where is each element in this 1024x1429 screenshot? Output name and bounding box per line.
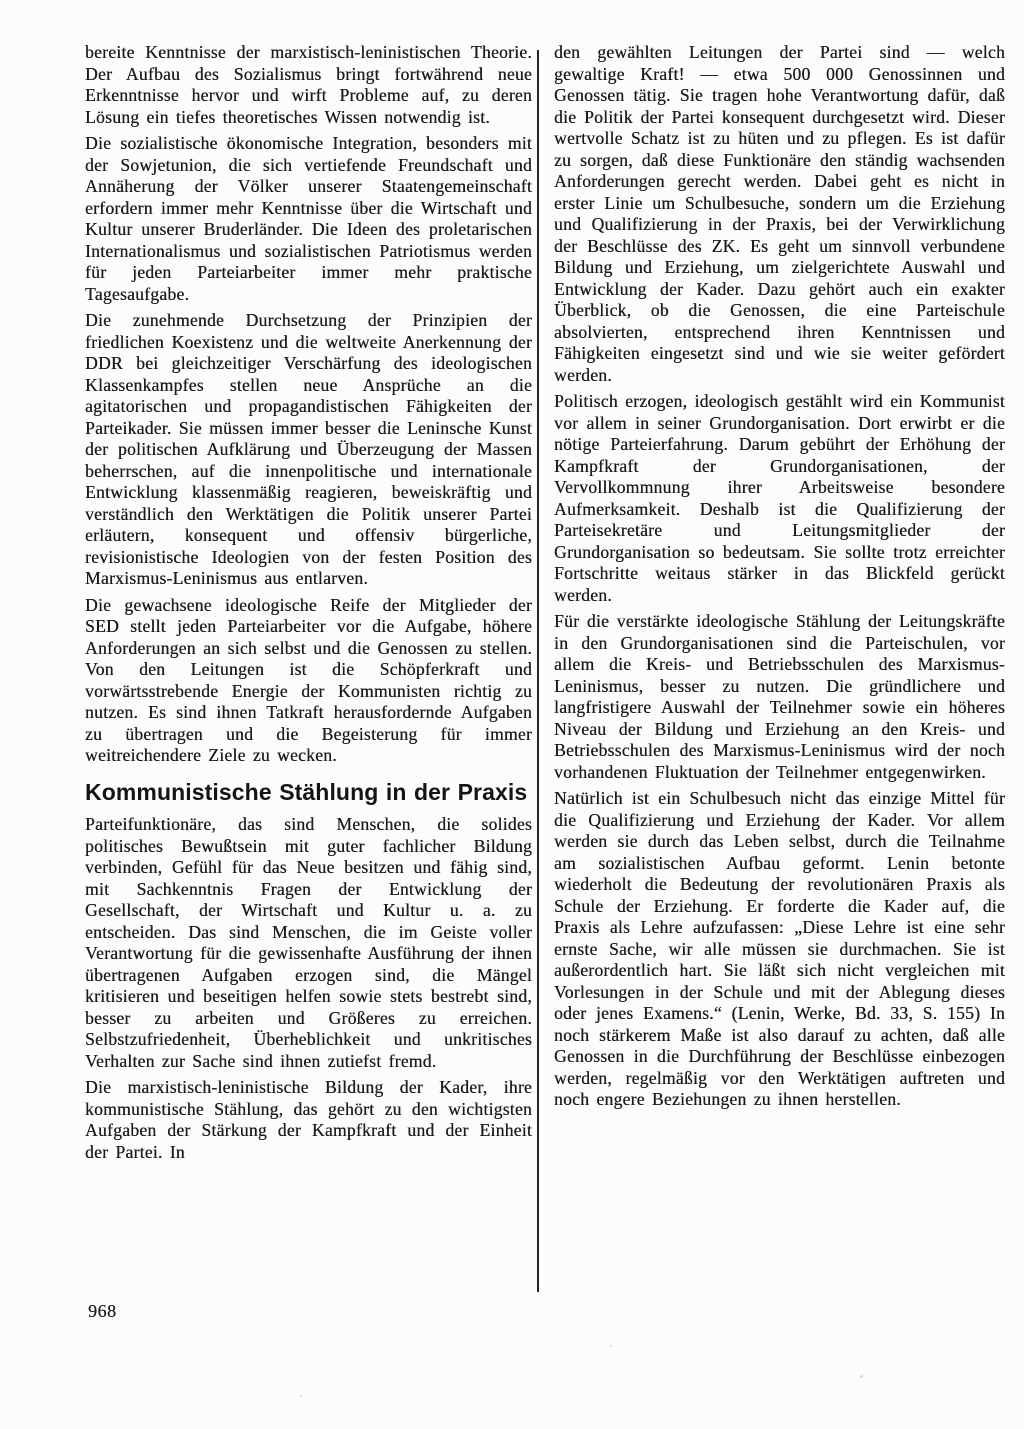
scan-speckle (610, 1345, 612, 1347)
column-divider-rule (537, 50, 539, 1292)
paragraph: Die sozialistische ökonomische Integrati… (85, 133, 532, 305)
scanned-document-page: bereite Kenntnisse der marxistisch-lenin… (0, 0, 1024, 1429)
left-column: bereite Kenntnisse der marxistisch-lenin… (85, 42, 532, 1168)
paragraph: den gewählten Leitungen der Partei sind … (554, 42, 1005, 386)
scan-speckle (300, 1395, 302, 1397)
page-number: 968 (88, 1301, 117, 1322)
paragraph: Politisch erzogen, ideologisch gestählt … (554, 391, 1005, 606)
section-heading: Kommunistische Stählung in der Praxis (85, 782, 532, 804)
paragraph: Parteifunktionäre, das sind Menschen, di… (85, 814, 532, 1072)
paragraph: bereite Kenntnisse der marxistisch-lenin… (85, 42, 532, 128)
paragraph: Für die verstärkte ideologische Stählung… (554, 611, 1005, 783)
paragraph: Die gewachsene ideologische Reife der Mi… (85, 595, 532, 767)
paragraph: Die marxistisch-leninistische Bildung de… (85, 1077, 532, 1163)
paragraph: Die zunehmende Durchsetzung der Prinzipi… (85, 310, 532, 590)
right-column: den gewählten Leitungen der Partei sind … (554, 42, 1005, 1116)
scan-speckle (860, 1375, 863, 1378)
paragraph: Natürlich ist ein Schulbesuch nicht das … (554, 788, 1005, 1111)
